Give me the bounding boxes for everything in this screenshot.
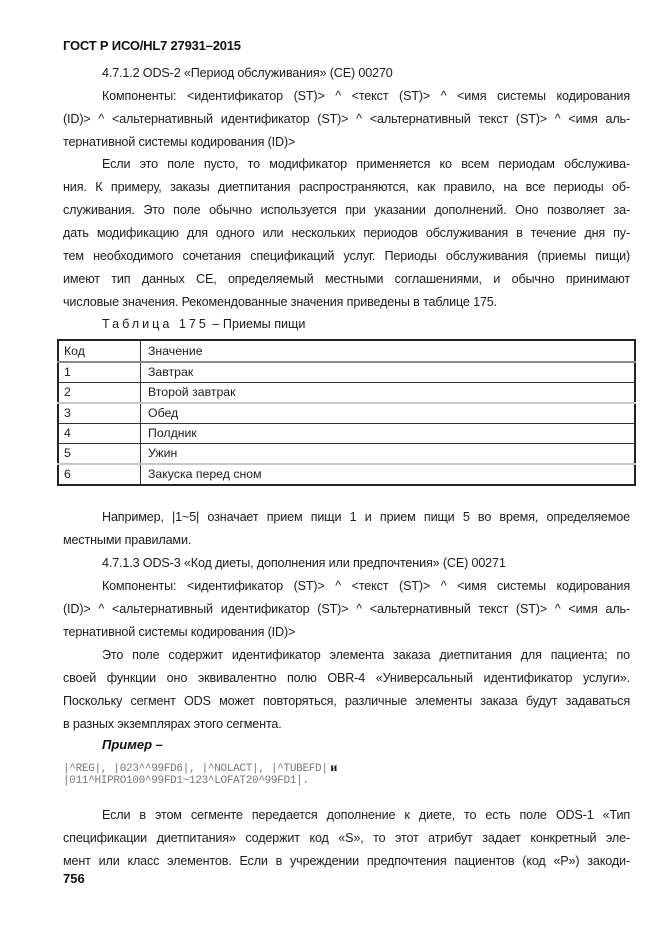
table-row: 1 Завтрак (58, 362, 635, 383)
paragraph-line: в разных экземплярах этого сегмента. (63, 716, 630, 732)
paragraph-line: служивания. Это поле обычно используется… (63, 202, 630, 218)
table-caption-number: Таблица 175 (102, 317, 209, 331)
cell-value: Полдник (141, 424, 636, 444)
paragraph-line: мент или класс элементов. Если в учрежде… (63, 853, 630, 869)
table-row: 4 Полдник (58, 424, 635, 444)
paragraph-line: Поскольку сегмент ODS может повторяться,… (63, 693, 630, 709)
paragraph-line: имеют тип данных CE, определяемый местны… (63, 271, 630, 287)
document-page: ГОСТ Р ИСО/HL7 27931–2015 4.7.1.2 ODS-2 … (0, 0, 661, 935)
paragraph-line: местными правилами. (63, 532, 630, 548)
section-heading-ods2: 4.7.1.2 ODS-2 «Период обслуживания» (CE)… (102, 65, 630, 81)
section-heading-ods3: 4.7.1.3 ODS-3 «Код диеты, дополнения или… (102, 555, 630, 571)
paragraph-line: Если это поле пусто, то модификатор прим… (102, 156, 630, 172)
column-header-code: Код (58, 340, 141, 362)
table-row: 3 Обед (58, 403, 635, 424)
cell-value: Ужин (141, 444, 636, 465)
meals-table: Код Значение 1 Завтрак 2 Второй завтрак … (57, 339, 636, 486)
paragraph-line: числовые значения. Рекомендованные значе… (63, 294, 630, 310)
table-header-row: Код Значение (58, 340, 635, 362)
paragraph-line: дать модификацию для одного или нескольк… (63, 225, 630, 241)
cell-code: 3 (58, 403, 141, 424)
page-number: 756 (63, 871, 85, 886)
cell-value: Завтрак (141, 362, 636, 383)
paragraph-line: Например, |1~5| означает прием пищи 1 и … (102, 509, 630, 525)
components-line: (ID)> ^ <альтернативный идентификатор (S… (63, 111, 630, 127)
cell-code: 1 (58, 362, 141, 383)
paragraph-line: Если в этом сегменте передается дополнен… (102, 807, 630, 823)
components-line: Компоненты: <идентификатор (ST)> ^ <текс… (102, 88, 630, 104)
table-caption: Таблица 175 – Приемы пищи (102, 316, 305, 332)
document-header-title: ГОСТ Р ИСО/HL7 27931–2015 (63, 38, 241, 53)
example-label: Пример – (102, 737, 163, 752)
paragraph-line: Это поле содержит идентификатор элемента… (102, 647, 630, 663)
paragraph-line: своей функции оно эквивалентно полю OBR-… (63, 670, 630, 686)
paragraph-line: спецификации диетпитания» содержит код «… (63, 830, 630, 846)
paragraph-line: тем необходимого сочетания спецификаций … (63, 248, 630, 264)
components-line: (ID)> ^ <альтернативный идентификатор (S… (63, 601, 630, 617)
cell-value: Закуска перед сном (141, 464, 636, 485)
example-conjunction: и (328, 760, 337, 774)
example-code-line: |011^HIPRO100^99FD1~123^LOFAT20^99FD1|. (63, 774, 309, 788)
components-line: Компоненты: <идентификатор (ST)> ^ <текс… (102, 578, 630, 594)
table-row: 2 Второй завтрак (58, 383, 635, 404)
table-row: 5 Ужин (58, 444, 635, 465)
cell-code: 2 (58, 383, 141, 404)
paragraph-line: ния. К примеру, заказы диетпитания распр… (63, 179, 630, 195)
components-line: тернативной системы кодирования (ID)> (63, 624, 630, 640)
column-header-value: Значение (141, 340, 636, 362)
table-caption-title: – Приемы пищи (209, 317, 306, 331)
components-line: тернативной системы кодирования (ID)> (63, 134, 630, 150)
cell-code: 4 (58, 424, 141, 444)
cell-value: Второй завтрак (141, 383, 636, 404)
table-row: 6 Закуска перед сном (58, 464, 635, 485)
cell-value: Обед (141, 403, 636, 424)
cell-code: 5 (58, 444, 141, 465)
cell-code: 6 (58, 464, 141, 485)
